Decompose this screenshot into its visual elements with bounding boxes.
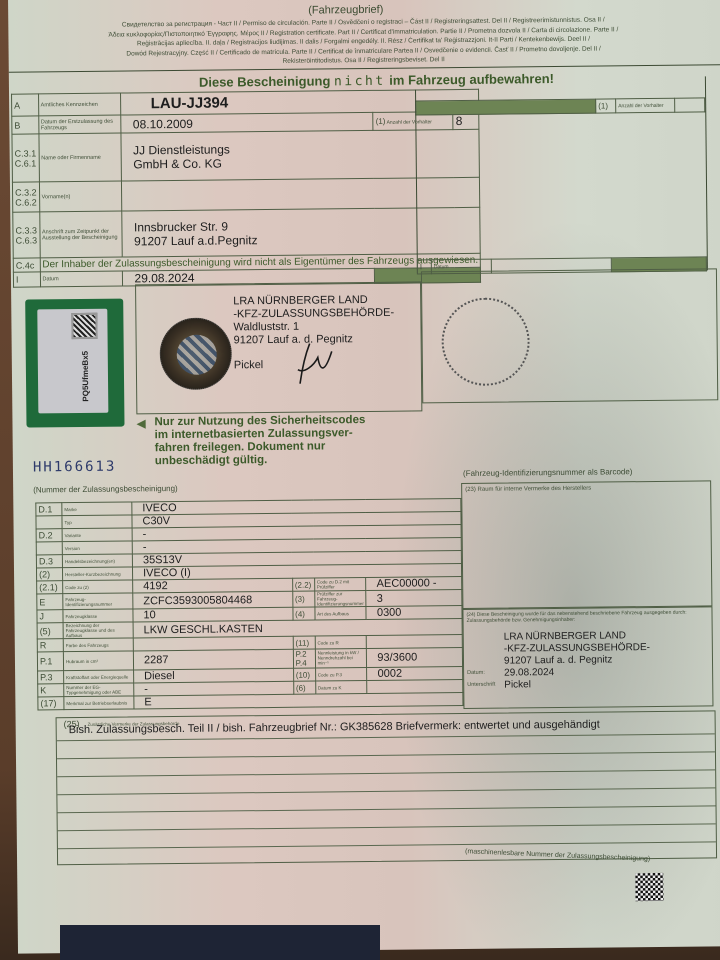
sub-field-value: AEC00000 - xyxy=(366,577,462,591)
remarks-text: Bish. Zulassungsbesch. Teil II / bish. F… xyxy=(69,719,600,737)
field-label: Version xyxy=(62,541,132,555)
field-code: D.1 xyxy=(36,503,62,516)
security-code: PQ5UfmeBx5 xyxy=(81,351,91,402)
vehicle-data-table: D.1MarkeIVECOTypC30VD.2Variante-Version-… xyxy=(35,498,463,710)
field-row-c32: C.3.2 C.6.2 Vorname(n) xyxy=(12,177,480,212)
certificate-number-caption: (Nummer der Zulassungsbescheinigung) xyxy=(33,484,178,495)
sub-field-value: 93/3600 xyxy=(367,648,463,668)
vin-barcode-caption: (Fahrzeug-Identifizierungsnummer als Bar… xyxy=(463,467,632,478)
field-code: (5) xyxy=(37,623,63,639)
registration-certificate-document: (Fahrzeugbrief) Свидетелство за регистра… xyxy=(8,0,720,954)
field-code: D.3 xyxy=(36,555,62,568)
field-row-c33: C.3.3 C.6.3 Anschrift zum Zeitpunkt der … xyxy=(13,207,481,258)
sub-field-label: Code zu P.3 xyxy=(315,668,367,682)
field-code: R xyxy=(37,639,63,652)
sub-field-label: Code zu D.2 mit Prüfziffer xyxy=(314,578,366,592)
field-code xyxy=(36,516,62,529)
multilingual-title-block: Свидетелство за регистрация - Част II / … xyxy=(38,15,688,69)
field-code: (2.1) xyxy=(37,581,63,594)
qr-code-icon xyxy=(71,313,97,339)
field-code: P.3 xyxy=(38,671,64,684)
field-row-c31: C.3.1 C.6.1 Name oder Firmenname JJ Dien… xyxy=(12,129,480,182)
field-code xyxy=(36,542,62,555)
sub-field-code: (6) xyxy=(293,681,315,694)
field-code: (17) xyxy=(38,697,64,710)
field-code: K xyxy=(38,684,64,697)
document-subtitle: (Fahrzeugbrief) xyxy=(308,4,383,17)
sub-field-code: (3) xyxy=(292,591,314,607)
holder-name: JJ Dienstleistungs GmbH & Co. KG xyxy=(120,129,479,181)
field-value: ZCFC3593005804468 xyxy=(133,591,293,609)
sub-field-value: 0002 xyxy=(367,667,463,681)
holder-table: A Amtliches Kennzeichen LAU-JJ394 B Datu… xyxy=(11,89,481,288)
field-label: Hubraum in cm³ xyxy=(63,651,133,671)
sub-field-code: (2.2) xyxy=(292,578,314,591)
field-label: Handelsbezeichnung(en) xyxy=(62,554,132,568)
holder-table-right: (1) Anzahl der Vorhalter xyxy=(415,97,705,115)
issuer-box: (24) Diese Bescheinigung wurde für das n… xyxy=(462,606,713,709)
field-code: D.2 xyxy=(36,529,62,542)
holder-address: Innsbrucker Str. 9 91207 Lauf a.d.Pegnit… xyxy=(121,207,480,257)
sub-field-code: (4) xyxy=(293,607,315,620)
field-value: E xyxy=(134,693,463,709)
field-code: (2) xyxy=(36,568,62,581)
datamatrix-code-icon xyxy=(635,873,663,901)
sub-field-label: Nennleistung in kW / Nenndrehzahl bei mi… xyxy=(315,649,367,669)
sub-field-value xyxy=(367,635,463,649)
field-label: Fahrzeug-Identifizierungsnummer xyxy=(63,593,133,610)
sub-field-code: P.2 P.4 xyxy=(293,649,315,668)
signature-icon xyxy=(280,339,341,390)
sub-field-label: Code zu R xyxy=(315,636,367,650)
field-value: 2287 xyxy=(133,649,293,670)
sub-field-code: (10) xyxy=(293,668,315,681)
field-label: Hersteller-Kurzbezeichnung xyxy=(62,567,132,581)
field-label: Bezeichnung der Fahrzeugklasse und des A… xyxy=(63,622,133,639)
sub-field-value xyxy=(367,680,463,694)
arrow-left-icon: ◀ xyxy=(136,416,145,430)
remarks-box: Bish. Zulassungsbesch. Teil II / bish. F… xyxy=(56,710,718,865)
certificate-number: HH166613 xyxy=(33,459,117,476)
background-object xyxy=(60,925,380,960)
keep-notice: Diese Bescheinigung nicht im Fahrzeug au… xyxy=(199,71,554,91)
field-label: Variante xyxy=(62,528,132,542)
security-code-note: Nur zur Nutzung des Sicherheitscodes im … xyxy=(154,414,365,468)
sub-field-label: Prüfziffer zur Fahrzeug-Identifizierungs… xyxy=(314,591,366,608)
sub-field-value: 3 xyxy=(366,590,462,607)
official-seal-icon xyxy=(159,317,232,390)
field-label: Typ xyxy=(62,515,132,529)
field-label: Code zu (2) xyxy=(63,580,133,594)
field-label: Farbe des Fahrzeugs xyxy=(63,638,133,652)
manufacturer-notes-box: (23) Raum für interne Vermerke des Herst… xyxy=(461,480,712,609)
field-code: J xyxy=(37,610,63,623)
sub-field-value: 0300 xyxy=(366,606,462,620)
sub-field-label: Datum zu K xyxy=(315,681,367,695)
field-label: Merkmal zur Betriebserlaubnis xyxy=(64,696,134,710)
field-code: E xyxy=(37,594,63,610)
issuer-signer: Pickel xyxy=(504,678,650,692)
field-label: Marke xyxy=(62,502,132,516)
sub-field-label: Art des Aufbaus xyxy=(315,607,367,621)
field-label: Nummer der EG-Typgenehmigung oder ABE xyxy=(64,683,134,697)
security-code-card[interactable]: PQ5UfmeBx5 xyxy=(25,299,124,428)
field-label: Kraftstoffart oder Energiequelle xyxy=(64,670,134,684)
sub-field-code: (11) xyxy=(293,636,315,649)
seal-placeholder-circle xyxy=(441,297,530,386)
field-label: Fahrzeugklasse xyxy=(63,609,133,623)
field-code: P.1 xyxy=(37,652,63,671)
